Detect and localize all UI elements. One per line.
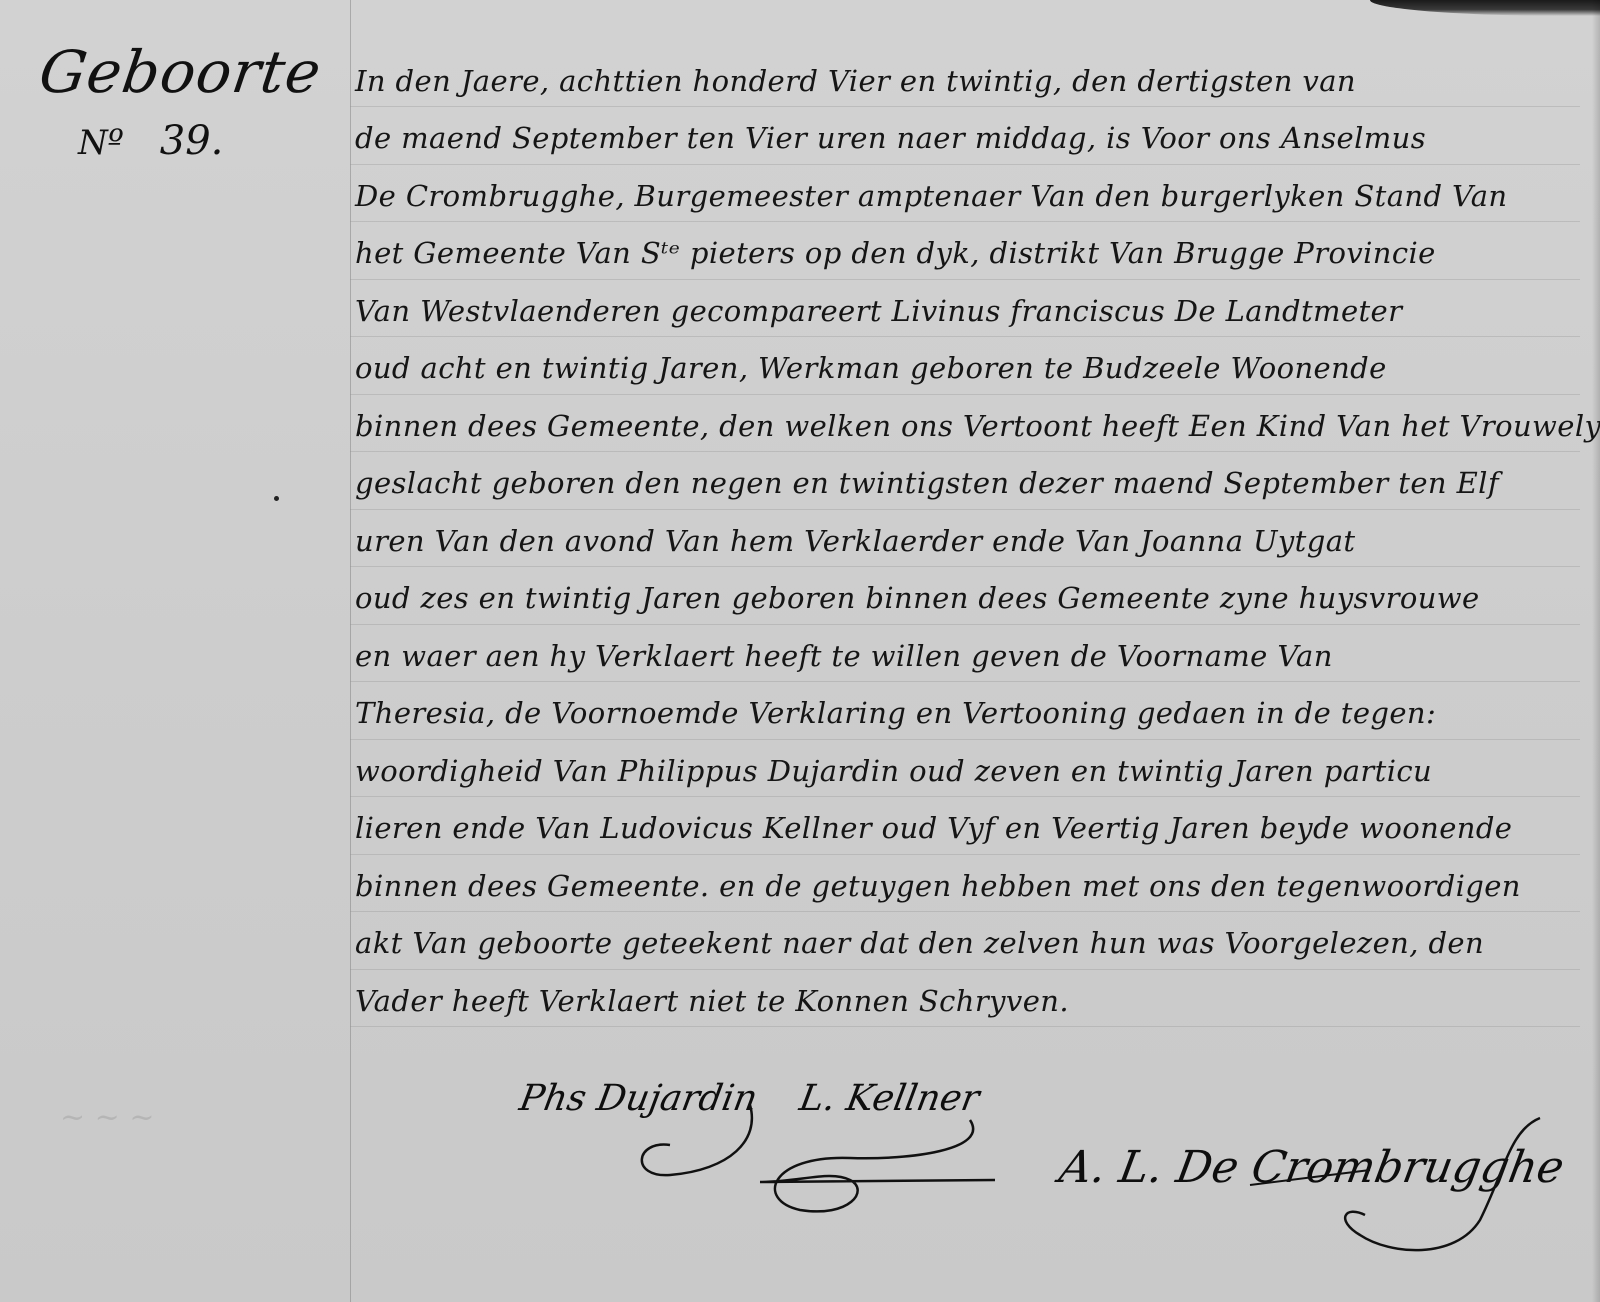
body-line: woordigheid Van Philippus Dujardin oud z… xyxy=(355,742,1570,800)
document-page: Geboorte Nº39. ~ ~ ~ In den Jaere, achtt… xyxy=(0,0,1600,1302)
body-line: uren Van den avond Van hem Verklaerder e… xyxy=(355,512,1570,570)
signature-de-crombrugghe: A. L. De Crombrugghe xyxy=(1056,1142,1568,1193)
closing-line: Vader heeft Verklaert niet te Konnen Sch… xyxy=(355,972,1570,1030)
signature-block: Phs Dujardin L. Kellner A. L. De Crombru… xyxy=(500,1060,1580,1260)
body-line: en waer aen hy Verklaert heeft te willen… xyxy=(355,627,1570,685)
body-line: akt Van geboorte geteekent naer dat den … xyxy=(355,915,1570,973)
body-line: oud acht en twintig Jaren, Werkman gebor… xyxy=(355,340,1570,398)
number-value: 39. xyxy=(160,118,224,164)
body-line: Van Westvlaenderen gecompareert Livinus … xyxy=(355,282,1570,340)
body-line: geslacht geboren den negen en twintigste… xyxy=(355,455,1570,513)
number-prefix: Nº xyxy=(78,123,124,163)
body-line: het Gemeente Van Sᵗᵉ pieters op den dyk,… xyxy=(355,225,1570,283)
signature-dujardin: Phs Dujardin xyxy=(516,1078,760,1119)
body-line: In den Jaere, achttien honderd Vier en t… xyxy=(355,52,1570,110)
signature-kellner: L. Kellner xyxy=(796,1078,982,1119)
body-line: De Crombrugghe, Burgemeester amptenaer V… xyxy=(355,167,1570,225)
record-number: Nº39. xyxy=(78,118,223,164)
body-line: lieren ende Van Ludovicus Kellner oud Vy… xyxy=(355,800,1570,858)
faint-bleedthrough-note: ~ ~ ~ xyxy=(60,1100,154,1135)
margin-rule xyxy=(350,0,351,1302)
body-line: binnen dees Gemeente. en de getuygen heb… xyxy=(355,857,1570,915)
body-line: oud zes en twintig Jaren geboren binnen … xyxy=(355,570,1570,628)
page-right-edge xyxy=(1592,0,1600,1302)
margin-title: Geboorte xyxy=(35,38,326,106)
scan-edge-shadow xyxy=(1370,0,1600,16)
body-line: binnen dees Gemeente, den welken ons Ver… xyxy=(355,397,1570,455)
body-line: Theresia, de Voornoemde Verklaring en Ve… xyxy=(355,685,1570,743)
ink-dot xyxy=(274,496,279,501)
signature-flourish-icon xyxy=(740,1110,1020,1220)
body-line: de maend September ten Vier uren naer mi… xyxy=(355,110,1570,168)
record-body: In den Jaere, achttien honderd Vier en t… xyxy=(355,52,1570,1030)
